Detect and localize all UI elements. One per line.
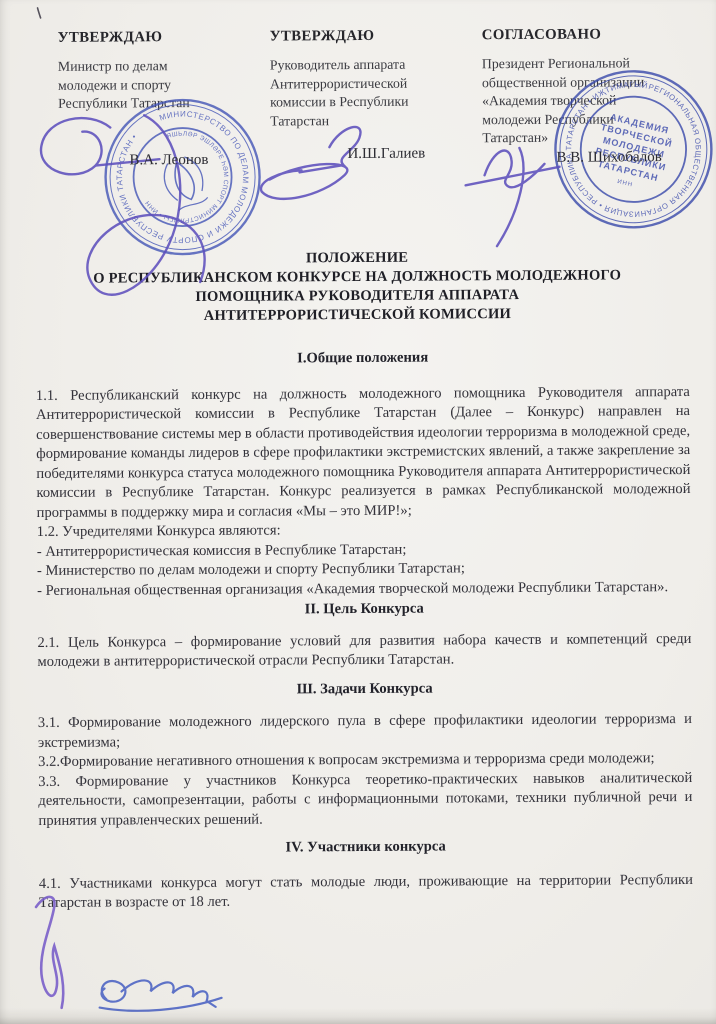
- document-title: ПОЛОЖЕНИЕ О РЕСПУБЛИКАНСКОМ КОНКУРСЕ НА …: [0, 247, 715, 327]
- signature-shikhobalov: [496, 148, 523, 246]
- stamp-ring-text: МИНИСТЕРСТВО ПО ДЕЛАМ МОЛОДЕЖИ И СПОРТУ …: [95, 90, 270, 265]
- scan-bottom-edge: [0, 1008, 716, 1024]
- signer-name-shikhobalov: В.В. Шихобалов: [556, 149, 661, 167]
- signature-bottom-center: [121, 980, 215, 1007]
- approval-label: УТВЕРЖДАЮ: [270, 27, 476, 45]
- scan-content: УТВЕРЖДАЮ Министр по делам молодежи и сп…: [0, 0, 716, 1024]
- section-heading-tasks: Ш. Задачи Конкурса: [38, 677, 692, 700]
- paragraph-1-1: 1.1. Республиканский конкурс на должност…: [36, 382, 691, 522]
- section-heading-goal: II. Цель Конкурса: [37, 598, 691, 621]
- signer-name-leonov: В.А. Леонов: [129, 152, 208, 169]
- section-heading-general: I.Общие положения: [36, 347, 690, 370]
- approval-block-academy-president: СОГЛАСОВАНО Президент Региональной общес…: [482, 26, 703, 148]
- signature-leonov: [41, 118, 111, 175]
- title-line: АНТИТЕРРОРИСТИЧЕСКОЙ КОМИССИИ: [0, 304, 715, 327]
- pen-mark-top: [38, 8, 41, 18]
- stamp-center-sub: ИНН: [616, 179, 633, 189]
- svg-text:ЯШЬЛӘР ЭШЛӘРЕ ҺӘМ СПОРТ МИНИСТ: ЯШЬЛӘР ЭШЛӘРЕ ҺӘМ СПОРТ МИНИСТРЛЫГЫ • ИН…: [123, 117, 243, 237]
- signer-name-galiev: И.Ш.Галиев: [347, 146, 425, 163]
- approval-label: УТВЕРЖДАЮ: [58, 29, 264, 47]
- signature-shikhobalov: [484, 150, 544, 187]
- document-body: I.Общие положения 1.1. Республиканский к…: [36, 347, 693, 913]
- approval-block-minister: УТВЕРЖДАЮ Министр по делам молодежи и сп…: [58, 29, 265, 114]
- approval-position-text: Руководитель аппарата Антитеррористическ…: [270, 55, 476, 131]
- approval-label: СОГЛАСОВАНО: [482, 26, 702, 44]
- approval-position-text: Министр по делам молодежи и спорту Респу…: [58, 57, 264, 114]
- stamp-inner-text: ЯШЬЛӘР ЭШЛӘРЕ ҺӘМ СПОРТ МИНИСТРЛЫГЫ • ИН…: [123, 117, 243, 237]
- paragraph-3-1: 3.1. Формирование молодежного лидерского…: [38, 710, 692, 753]
- approval-block-atk-head: УТВЕРЖДАЮ Руководитель аппарата Антитерр…: [270, 27, 477, 131]
- paragraph-3-3: 3.3. Формирование у участников Конкурса …: [38, 768, 692, 830]
- signature-bottom-left: [36, 897, 63, 1008]
- section-heading-participants: IV. Участники конкурса: [39, 836, 693, 859]
- founder-list-item: - Региональная общественная организация …: [37, 577, 691, 600]
- paragraph-2-1: 2.1. Цель Конкурса – формирование услови…: [37, 629, 691, 672]
- scanned-document-page: УТВЕРЖДАЮ Министр по делам молодежи и сп…: [0, 0, 716, 1024]
- svg-text:МИНИСТЕРСТВО ПО ДЕЛАМ МОЛОДЕЖИ: МИНИСТЕРСТВО ПО ДЕЛАМ МОЛОДЕЖИ И СПОРТУ …: [95, 90, 270, 265]
- signature-bottom-center: [101, 981, 125, 1002]
- approval-position-text: Президент Региональной общественной орга…: [482, 54, 703, 148]
- signature-shikhobalov: [466, 167, 560, 186]
- signature-galiev: [261, 164, 348, 199]
- paragraph-4-1: 4.1. Участниками конкурса могут стать мо…: [39, 870, 693, 913]
